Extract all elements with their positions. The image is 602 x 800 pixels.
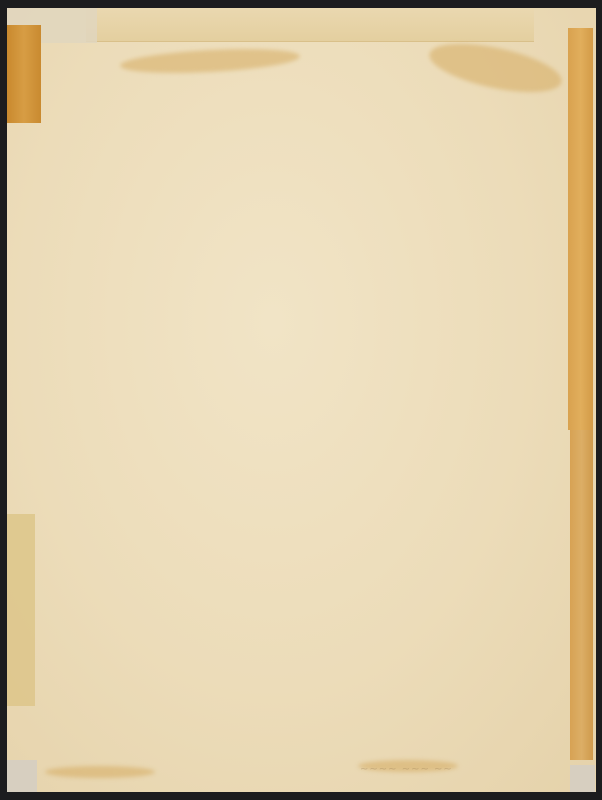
top-tape-strip bbox=[86, 8, 534, 42]
pencil-inscription: ~~~~ ~~~ ~~ bbox=[360, 764, 453, 775]
worn-corner-bottom-left bbox=[7, 760, 37, 792]
paper-sheet bbox=[7, 8, 596, 792]
left-lower-tape bbox=[7, 514, 35, 706]
adhesive-stain-bottom-left bbox=[45, 766, 155, 778]
right-amber-tape bbox=[568, 28, 593, 430]
right-amber-tape-lower bbox=[570, 430, 593, 760]
left-amber-tape bbox=[7, 25, 41, 123]
worn-corner-bottom-right bbox=[570, 765, 595, 792]
